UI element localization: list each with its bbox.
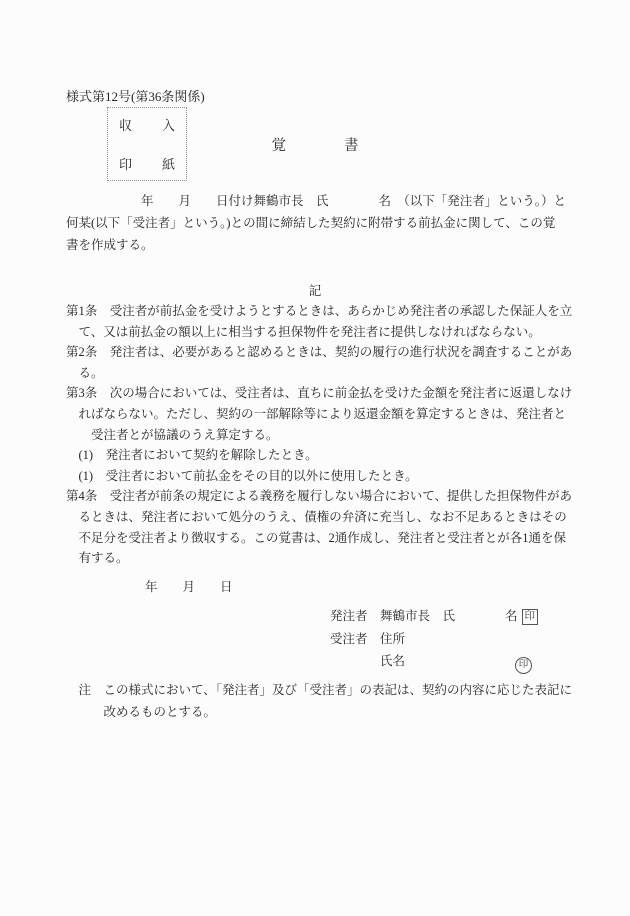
seal-circle-icon: 印: [515, 657, 532, 674]
memorandum-document: 様式第12号(第36条関係) 収 入 印 紙 覚 書 年 月 日付け舞鶴市長 氏…: [0, 0, 630, 916]
date-line: 年 月 日: [145, 577, 233, 595]
signature-contractor-address-line: 受注者 住所: [330, 628, 538, 651]
articles-body: 第1条 受注者が前払金を受けようとするときは、あらかじめ発注者の承認した保証人を…: [66, 301, 572, 569]
stamp-box-char: 印: [119, 154, 132, 173]
stamp-box-row-top: 収 入: [119, 115, 175, 134]
signature-contractor-name-text: 氏名: [330, 654, 405, 668]
stamp-box-char: 紙: [162, 154, 175, 173]
signature-orderer-text: 発注者 舞鶴市長 氏 名: [330, 609, 518, 623]
seal-square-icon: 印: [522, 609, 539, 625]
signature-orderer-line: 発注者 舞鶴市長 氏 名印: [330, 605, 538, 628]
stamp-box-char: 収: [119, 115, 132, 134]
footnote: 注 この様式において、「発注者」及び「受注者」の表記は、契約の内容に応じた表記に…: [66, 679, 572, 723]
form-number: 様式第12号(第36条関係): [66, 86, 205, 105]
ki-heading: 記: [0, 281, 630, 299]
stamp-box-char: 入: [162, 115, 175, 134]
stamp-box-row-bottom: 印 紙: [119, 154, 175, 173]
signature-contractor-name-line: 氏名印: [330, 650, 538, 674]
signature-block: 発注者 舞鶴市長 氏 名印 受注者 住所 氏名印: [330, 605, 538, 674]
document-title: 覚 書: [0, 134, 630, 155]
intro-paragraph: 年 月 日付け舞鶴市長 氏 名 （以下「発注者」という。）と 何某(以下「受注者…: [66, 190, 566, 256]
